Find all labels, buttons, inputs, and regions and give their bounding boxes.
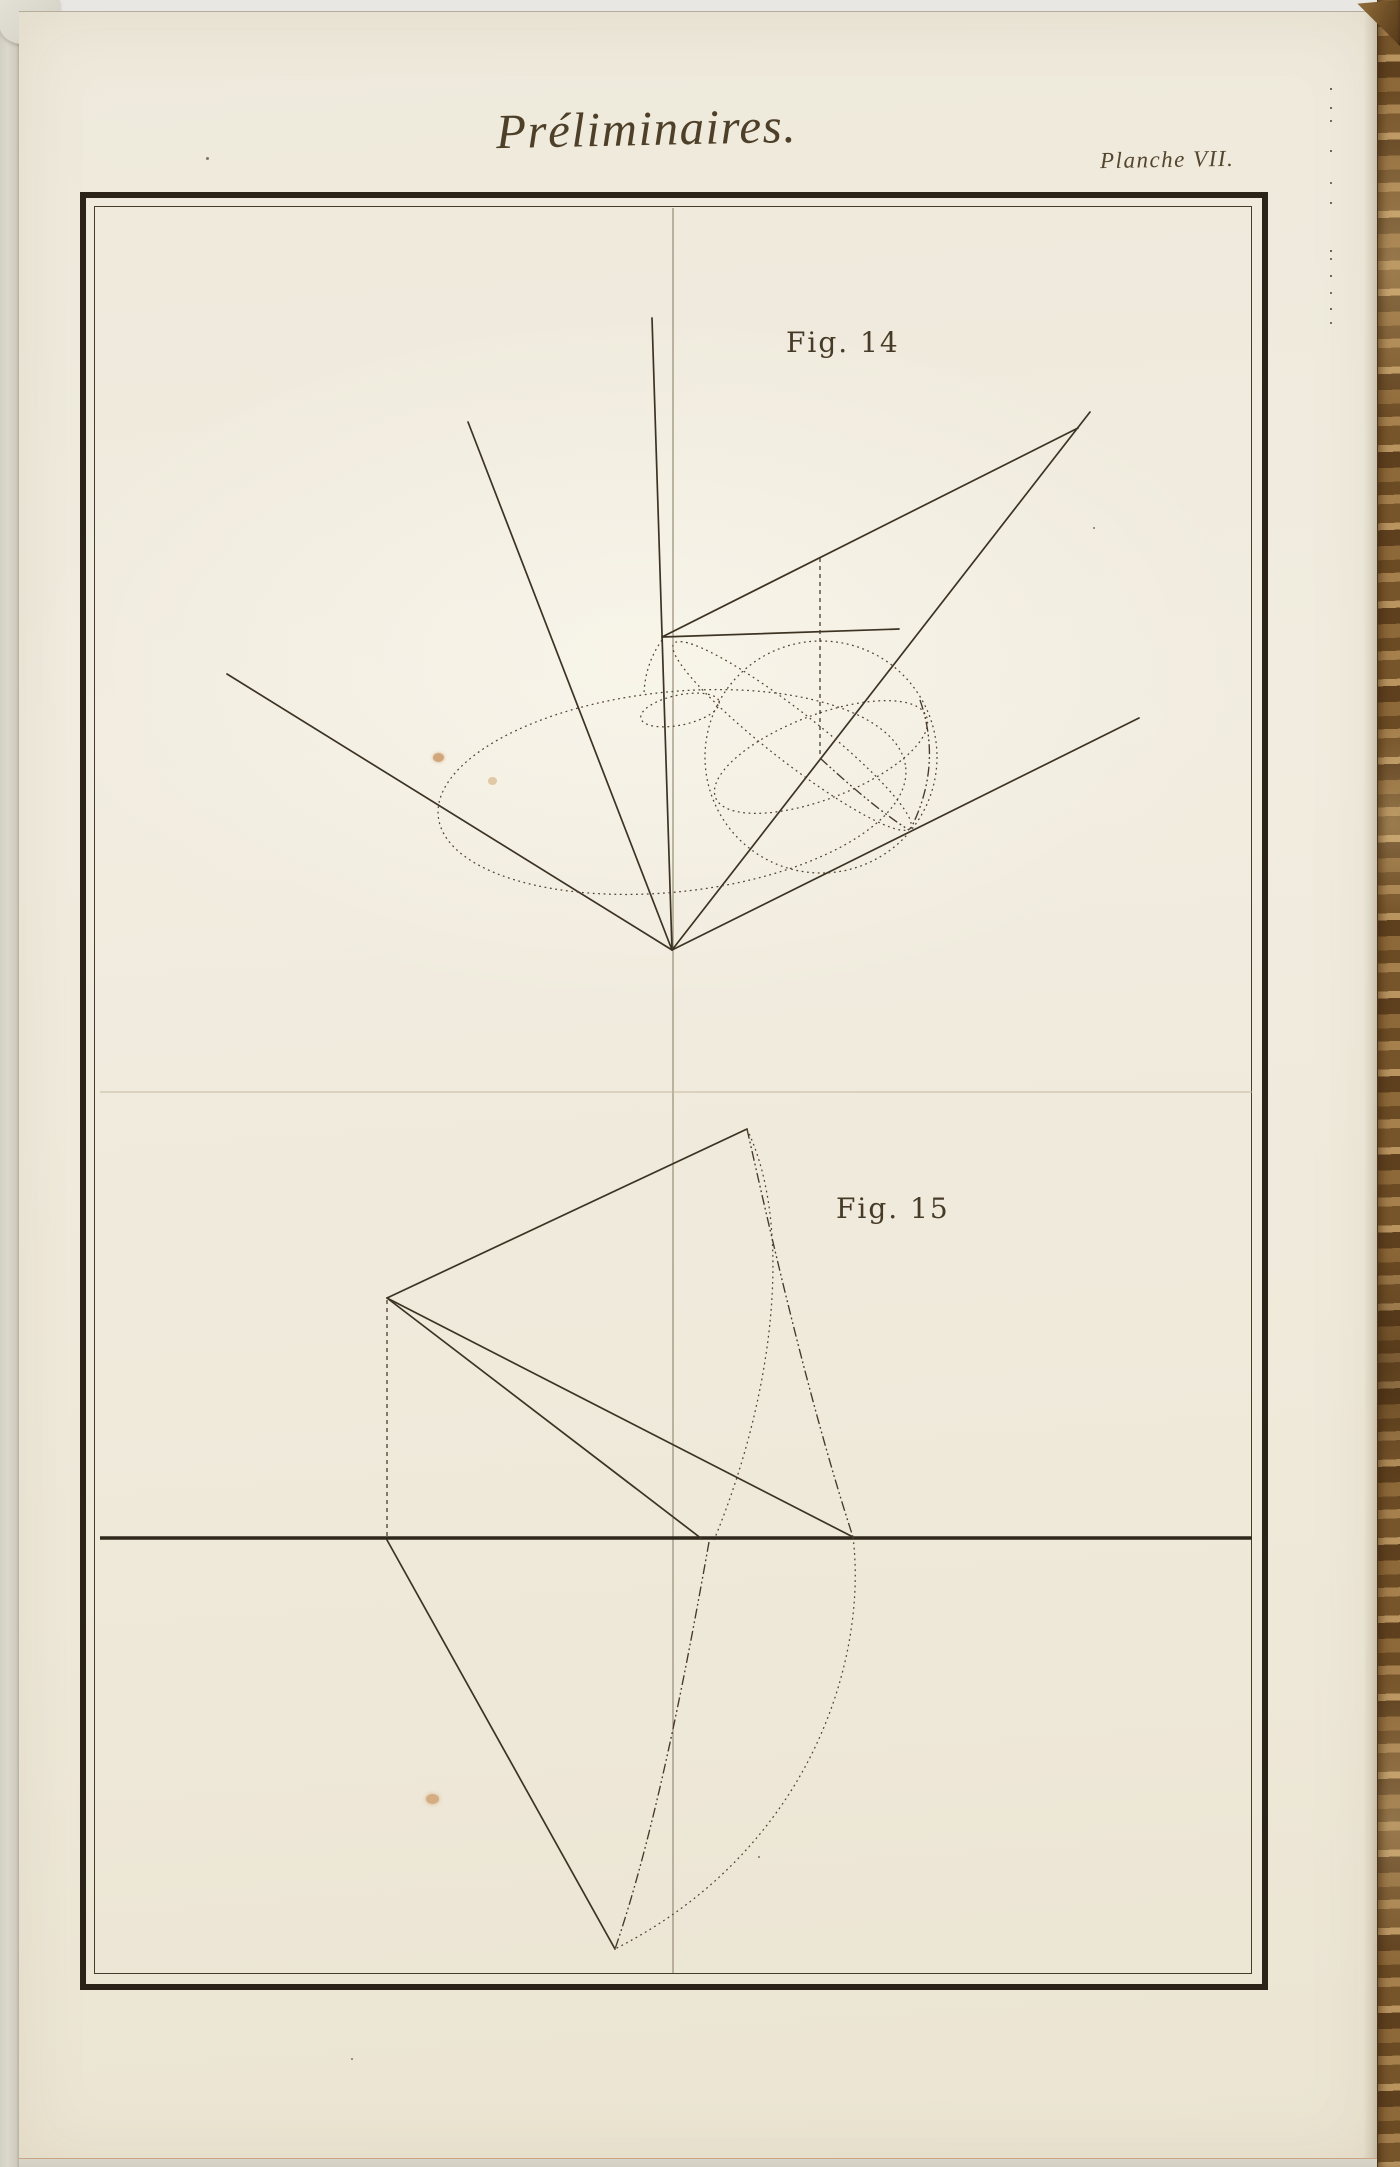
- ink-speck: [351, 2058, 353, 2060]
- fig15-lower-dotted-curve: [615, 1537, 855, 1949]
- fig15-side-left-top: [387, 1129, 747, 1298]
- foxing-spot: [426, 1794, 439, 1804]
- fig15-edge-to-ground-2: [387, 1298, 853, 1537]
- fig14-ray-right-shallow: [672, 718, 1139, 950]
- ink-speck: [758, 1856, 760, 1858]
- stitch-dot-column: [1330, 88, 1332, 90]
- fig15-edge-to-ground-1: [387, 1298, 702, 1539]
- fig14-horizontal-segment: [662, 629, 899, 637]
- scanned-book-plate: Préliminaires. Planche VII.: [0, 0, 1400, 2167]
- engraved-figures: [0, 0, 1400, 2167]
- figure-14-label: Fig. 14: [786, 326, 900, 359]
- figure-15-label: Fig. 15: [836, 1192, 950, 1225]
- fig15-upper-dashdot-curve: [747, 1129, 853, 1537]
- fig14-lower-arc: [820, 758, 909, 830]
- figure-14-drawing: [227, 318, 1139, 950]
- fig14-base-ellipse: [428, 668, 916, 916]
- fig15-lower-dashdot-curve: [615, 1542, 709, 1949]
- ink-speck: [1093, 527, 1095, 529]
- foxing-spot: [488, 777, 497, 785]
- foxing-spot: [433, 753, 444, 762]
- fig14-small-arc: [644, 640, 662, 694]
- fig14-meridian-arc: [910, 700, 929, 830]
- fig14-ray-right-steep: [672, 412, 1090, 950]
- fig14-ray-left-shallow: [227, 674, 672, 950]
- fig14-oblique-segment: [662, 428, 1078, 637]
- leather-binding-edge: [1377, 0, 1400, 2167]
- fig14-ray-left-steep: [468, 422, 672, 950]
- fig15-upper-dotted-curve: [714, 1129, 773, 1540]
- axis-lines: [100, 208, 1252, 1973]
- fig15-lower-left-edge: [387, 1540, 615, 1949]
- ink-speck: [206, 157, 209, 160]
